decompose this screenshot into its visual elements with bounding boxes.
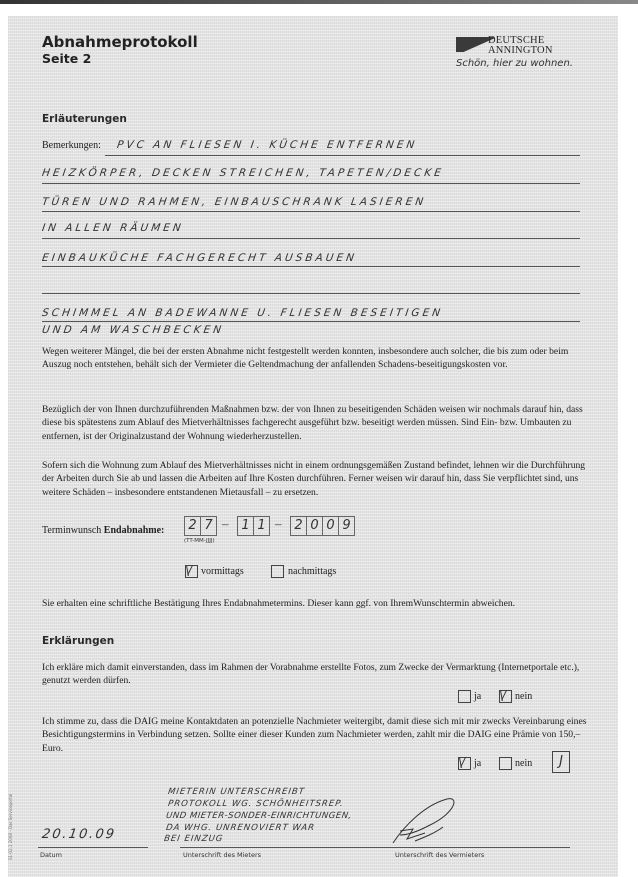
remarks-line-3[interactable]: Türen und Rahmen, Einbauschrank lasieren bbox=[41, 196, 427, 208]
landlord-signature-label: Unterschrift des Vermieters bbox=[395, 851, 484, 859]
remarks-rule-6 bbox=[42, 293, 580, 294]
remarks-line-4[interactable]: in allen Räumen bbox=[41, 222, 184, 234]
tenant-note-line-4: da Whg. unrenoviert war bbox=[165, 823, 315, 833]
paragraph-ordnungsgemaess: Sofern sich die Wohnung zum Ablauf des M… bbox=[42, 459, 597, 499]
remarks-line-8[interactable]: und am Waschbecken bbox=[41, 324, 225, 336]
logo-tagline: Schön, hier zu wohnen. bbox=[456, 58, 573, 69]
tenant-note-line-1: Mieterin unterschreibt bbox=[167, 787, 305, 797]
year-digit-4: 9 bbox=[339, 517, 354, 535]
label-fotos-ja: ja bbox=[474, 691, 481, 702]
date-separator-2: – bbox=[275, 516, 282, 532]
checkbox-kontaktdaten-nein[interactable] bbox=[499, 757, 512, 770]
checkbox-fotos-ja[interactable] bbox=[458, 690, 471, 703]
termin-label-prefix: Terminwunsch bbox=[42, 525, 104, 536]
margin-form-code: S1-02.1 2008 - Das Serviceportal bbox=[8, 794, 13, 860]
company-logo: DEUTSCHE ANNINGTON Schön, hier zu wohnen… bbox=[456, 37, 578, 81]
remarks-rule-1 bbox=[105, 155, 580, 156]
remarks-rule-2 bbox=[42, 183, 580, 184]
section-heading-erlaeuterungen: Erläuterungen bbox=[42, 113, 127, 125]
date-format-hint: (TT-MM-JJJJ) bbox=[184, 538, 215, 544]
label-nachmittags: nachmittags bbox=[288, 566, 336, 577]
date-label: Datum bbox=[40, 851, 62, 859]
page-subtitle: Seite 2 bbox=[42, 51, 91, 66]
date-separator-1: – bbox=[222, 516, 229, 532]
label-kontaktdaten-nein: nein bbox=[515, 758, 532, 769]
scan-top-edge bbox=[0, 0, 638, 4]
termin-label: Terminwunsch Endabnahme: bbox=[42, 525, 164, 536]
date-year-field[interactable]: 2 0 0 9 bbox=[290, 516, 355, 536]
day-digit-1: 2 bbox=[185, 517, 201, 535]
checkbox-kontaktdaten-ja[interactable] bbox=[458, 757, 471, 770]
remarks-rule-5 bbox=[42, 266, 580, 267]
tenant-signature-rule bbox=[180, 847, 395, 848]
page-title: Abnahmeprotokoll bbox=[42, 33, 198, 51]
landlord-signature-scribble-icon bbox=[385, 795, 465, 847]
confirmation-note: Sie erhalten eine schriftliche Bestätigu… bbox=[42, 597, 622, 610]
remarks-rule-4 bbox=[42, 238, 580, 239]
logo-line2: ANNINGTON bbox=[488, 45, 553, 56]
remarks-rule-7 bbox=[42, 321, 580, 322]
tenant-note-line-5: bei Einzug bbox=[163, 834, 224, 844]
erklaerung-kontaktdaten-text: Ich stimme zu, dass die DAIG meine Konta… bbox=[42, 715, 602, 755]
landlord-signature-rule bbox=[392, 847, 570, 848]
remarks-rule-3 bbox=[42, 211, 580, 212]
date-day-field[interactable]: 2 7 bbox=[184, 516, 217, 536]
month-digit-1: 1 bbox=[238, 517, 254, 535]
tenant-note-line-3: und Mieter-Sonder-Einrichtungen, bbox=[165, 811, 352, 821]
date-month-field[interactable]: 1 1 bbox=[237, 516, 270, 536]
termin-label-bold: Endabnahme: bbox=[104, 525, 165, 536]
tenant-note-line-2: Protokoll wg. Schönheitsrep. bbox=[167, 799, 344, 809]
section-heading-erklaerungen: Erklärungen bbox=[42, 635, 114, 647]
remarks-line-2[interactable]: Heizkörper, Decken streichen, Tapeten/De… bbox=[41, 167, 444, 179]
date-signed-value[interactable]: 20.10.09 bbox=[41, 827, 117, 842]
paragraph-massnahmen: Bezüglich der von Ihnen durchzuführenden… bbox=[42, 403, 597, 443]
tenant-signature-label: Unterschrift des Mieters bbox=[183, 851, 261, 859]
remarks-line-7[interactable]: Schimmel an Badewanne u. Fliesen beseiti… bbox=[41, 307, 444, 319]
checkbox-vormittags[interactable] bbox=[185, 565, 198, 578]
month-digit-2: 1 bbox=[254, 517, 269, 535]
day-digit-2: 7 bbox=[201, 517, 216, 535]
year-digit-3: 0 bbox=[323, 517, 339, 535]
year-digit-1: 2 bbox=[291, 517, 307, 535]
remarks-label: Bemerkungen: bbox=[42, 140, 101, 151]
label-kontaktdaten-ja: ja bbox=[474, 758, 481, 769]
checkbox-nachmittags[interactable] bbox=[271, 565, 284, 578]
checkbox-fotos-nein[interactable] bbox=[499, 690, 512, 703]
label-fotos-nein: nein bbox=[515, 691, 532, 702]
remarks-line-1[interactable]: PVC an Fliesen i. Küche entfernen bbox=[116, 139, 418, 151]
paragraph-maengel: Wegen weiterer Mängel, die bei der erste… bbox=[42, 345, 597, 372]
initials-box[interactable]: J bbox=[552, 751, 570, 773]
erklaerung-fotos-text: Ich erkläre mich damit einverstanden, da… bbox=[42, 661, 602, 688]
year-digit-2: 0 bbox=[307, 517, 323, 535]
label-vormittags: vormittags bbox=[201, 566, 244, 577]
date-rule bbox=[38, 847, 148, 848]
remarks-line-5[interactable]: Einbauküche fachgerecht ausbauen bbox=[41, 252, 358, 264]
